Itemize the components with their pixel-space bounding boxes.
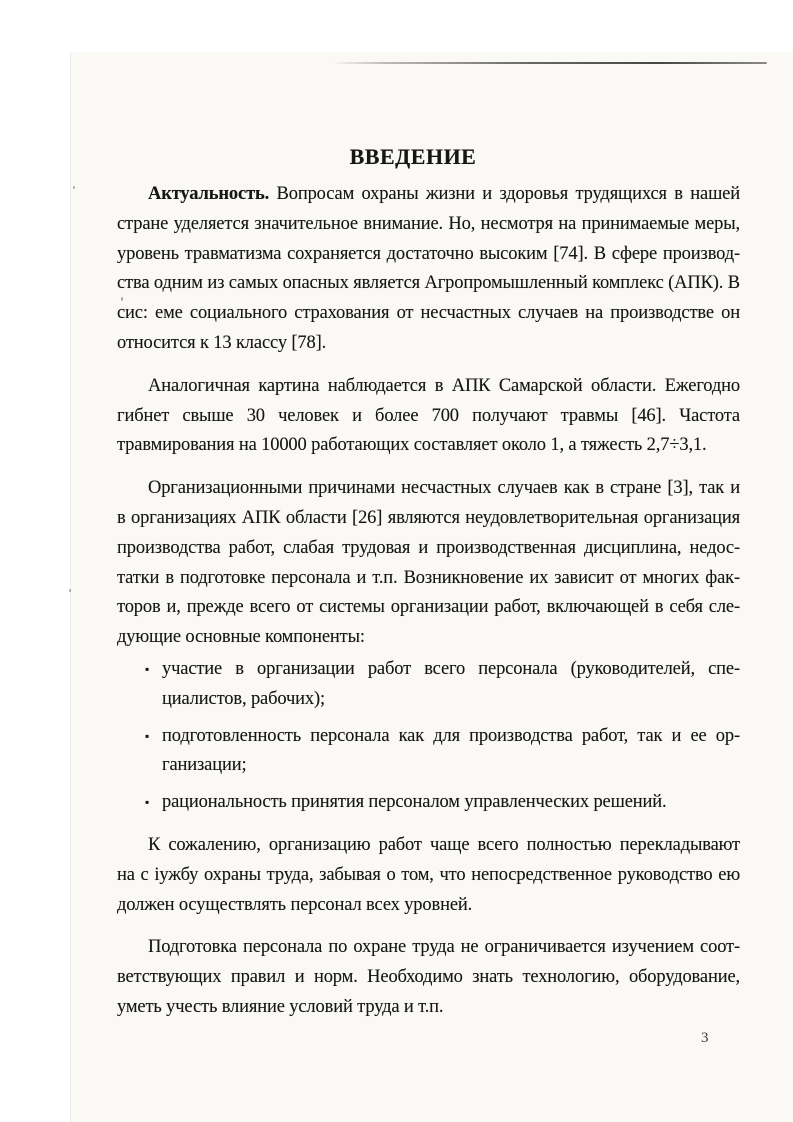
text-line: в организациях АПК области [26] являются…	[117, 504, 740, 534]
components-bullet-list: ▪ участие в организации работ всего перс…	[117, 655, 740, 818]
text-line: гибнет свыше 30 человек и более 700 полу…	[117, 402, 740, 432]
text-line: Организационными причинами несчастных сл…	[117, 474, 740, 504]
text-line: ства одним из самых опасных является Агр…	[117, 269, 740, 299]
text-line: циалистов, рабочих);	[162, 685, 740, 715]
text-line: стране уделяется значительное внимание. …	[117, 210, 740, 240]
text-line: ганизации;	[162, 751, 740, 781]
text-line: Подготовка персонала по охране труда не …	[117, 933, 740, 963]
text-line: производства работ, слабая трудовая и пр…	[117, 534, 740, 564]
document-body: ВВЕДЕНИЕ Актуальность. Вопросам охраны ж…	[117, 144, 740, 1023]
text-line: должен осуществлять персонал всех уровне…	[117, 891, 740, 921]
text-line: сис: еме социального страхования от несч…	[117, 299, 740, 329]
text-line: дующие основные компоненты:	[117, 623, 740, 653]
paragraph-org-causes: Организационными причинами несчастных сл…	[117, 474, 740, 653]
bullet-square-icon: ▪	[145, 788, 162, 818]
text-line: уметь учесть влияние условий труда и т.п…	[117, 993, 740, 1023]
text-line: Актуальность. Вопросам охраны жизни и зд…	[117, 180, 740, 210]
text-line-rest: Вопросам охраны жизни и здоровья трудящи…	[277, 184, 740, 204]
list-item-text: рациональность принятия персоналом управ…	[162, 788, 740, 818]
list-item: ▪ рациональность принятия персоналом упр…	[117, 788, 740, 818]
bullet-square-icon: ▪	[145, 722, 162, 782]
paragraph-safety-service: К сожалению, организацию работ чаще всег…	[117, 831, 740, 920]
text-line: уровень травматизма сохраняется достаточ…	[117, 240, 740, 270]
text-line: торов и, прежде всего от системы организ…	[117, 593, 740, 623]
paragraph-samara-region: Аналогичная картина наблюдается в АПК Са…	[117, 372, 740, 461]
text-line: татки в подготовке персонала и т.п. Возн…	[117, 564, 740, 594]
text-line: рациональность принятия персоналом управ…	[162, 788, 740, 818]
paragraph-lead-bold: Актуальность.	[148, 184, 269, 204]
paragraph-aktualnost: Актуальность. Вопросам охраны жизни и зд…	[117, 180, 740, 359]
text-line: ветствующих правил и норм. Необходимо зн…	[117, 963, 740, 993]
list-item: ▪ участие в организации работ всего перс…	[117, 655, 740, 715]
scan-speck	[73, 186, 75, 189]
page-number: 3	[701, 1030, 709, 1047]
bullet-square-icon: ▪	[145, 655, 162, 715]
list-item-text: подготовленность персонала как для произ…	[162, 722, 740, 782]
text-line: на с іужбу охраны труда, забывая о том, …	[117, 861, 740, 891]
text-line: относится к 13 классу [78].	[117, 329, 740, 359]
text-line: К сожалению, организацию работ чаще всег…	[117, 831, 740, 861]
text-line: подготовленность персонала как для произ…	[162, 722, 740, 752]
scan-speck	[69, 589, 71, 592]
list-item-text: участие в организации работ всего персон…	[162, 655, 740, 715]
text-line: участие в организации работ всего персон…	[162, 655, 740, 685]
scan-edge-line	[335, 62, 767, 64]
section-title: ВВЕДЕНИЕ	[117, 144, 740, 170]
text-line: Аналогичная картина наблюдается в АПК Са…	[117, 372, 740, 402]
list-item: ▪ подготовленность персонала как для про…	[117, 722, 740, 782]
paragraph-training: Подготовка персонала по охране труда не …	[117, 933, 740, 1022]
text-line: травмирования на 10000 работающих состав…	[117, 431, 740, 461]
